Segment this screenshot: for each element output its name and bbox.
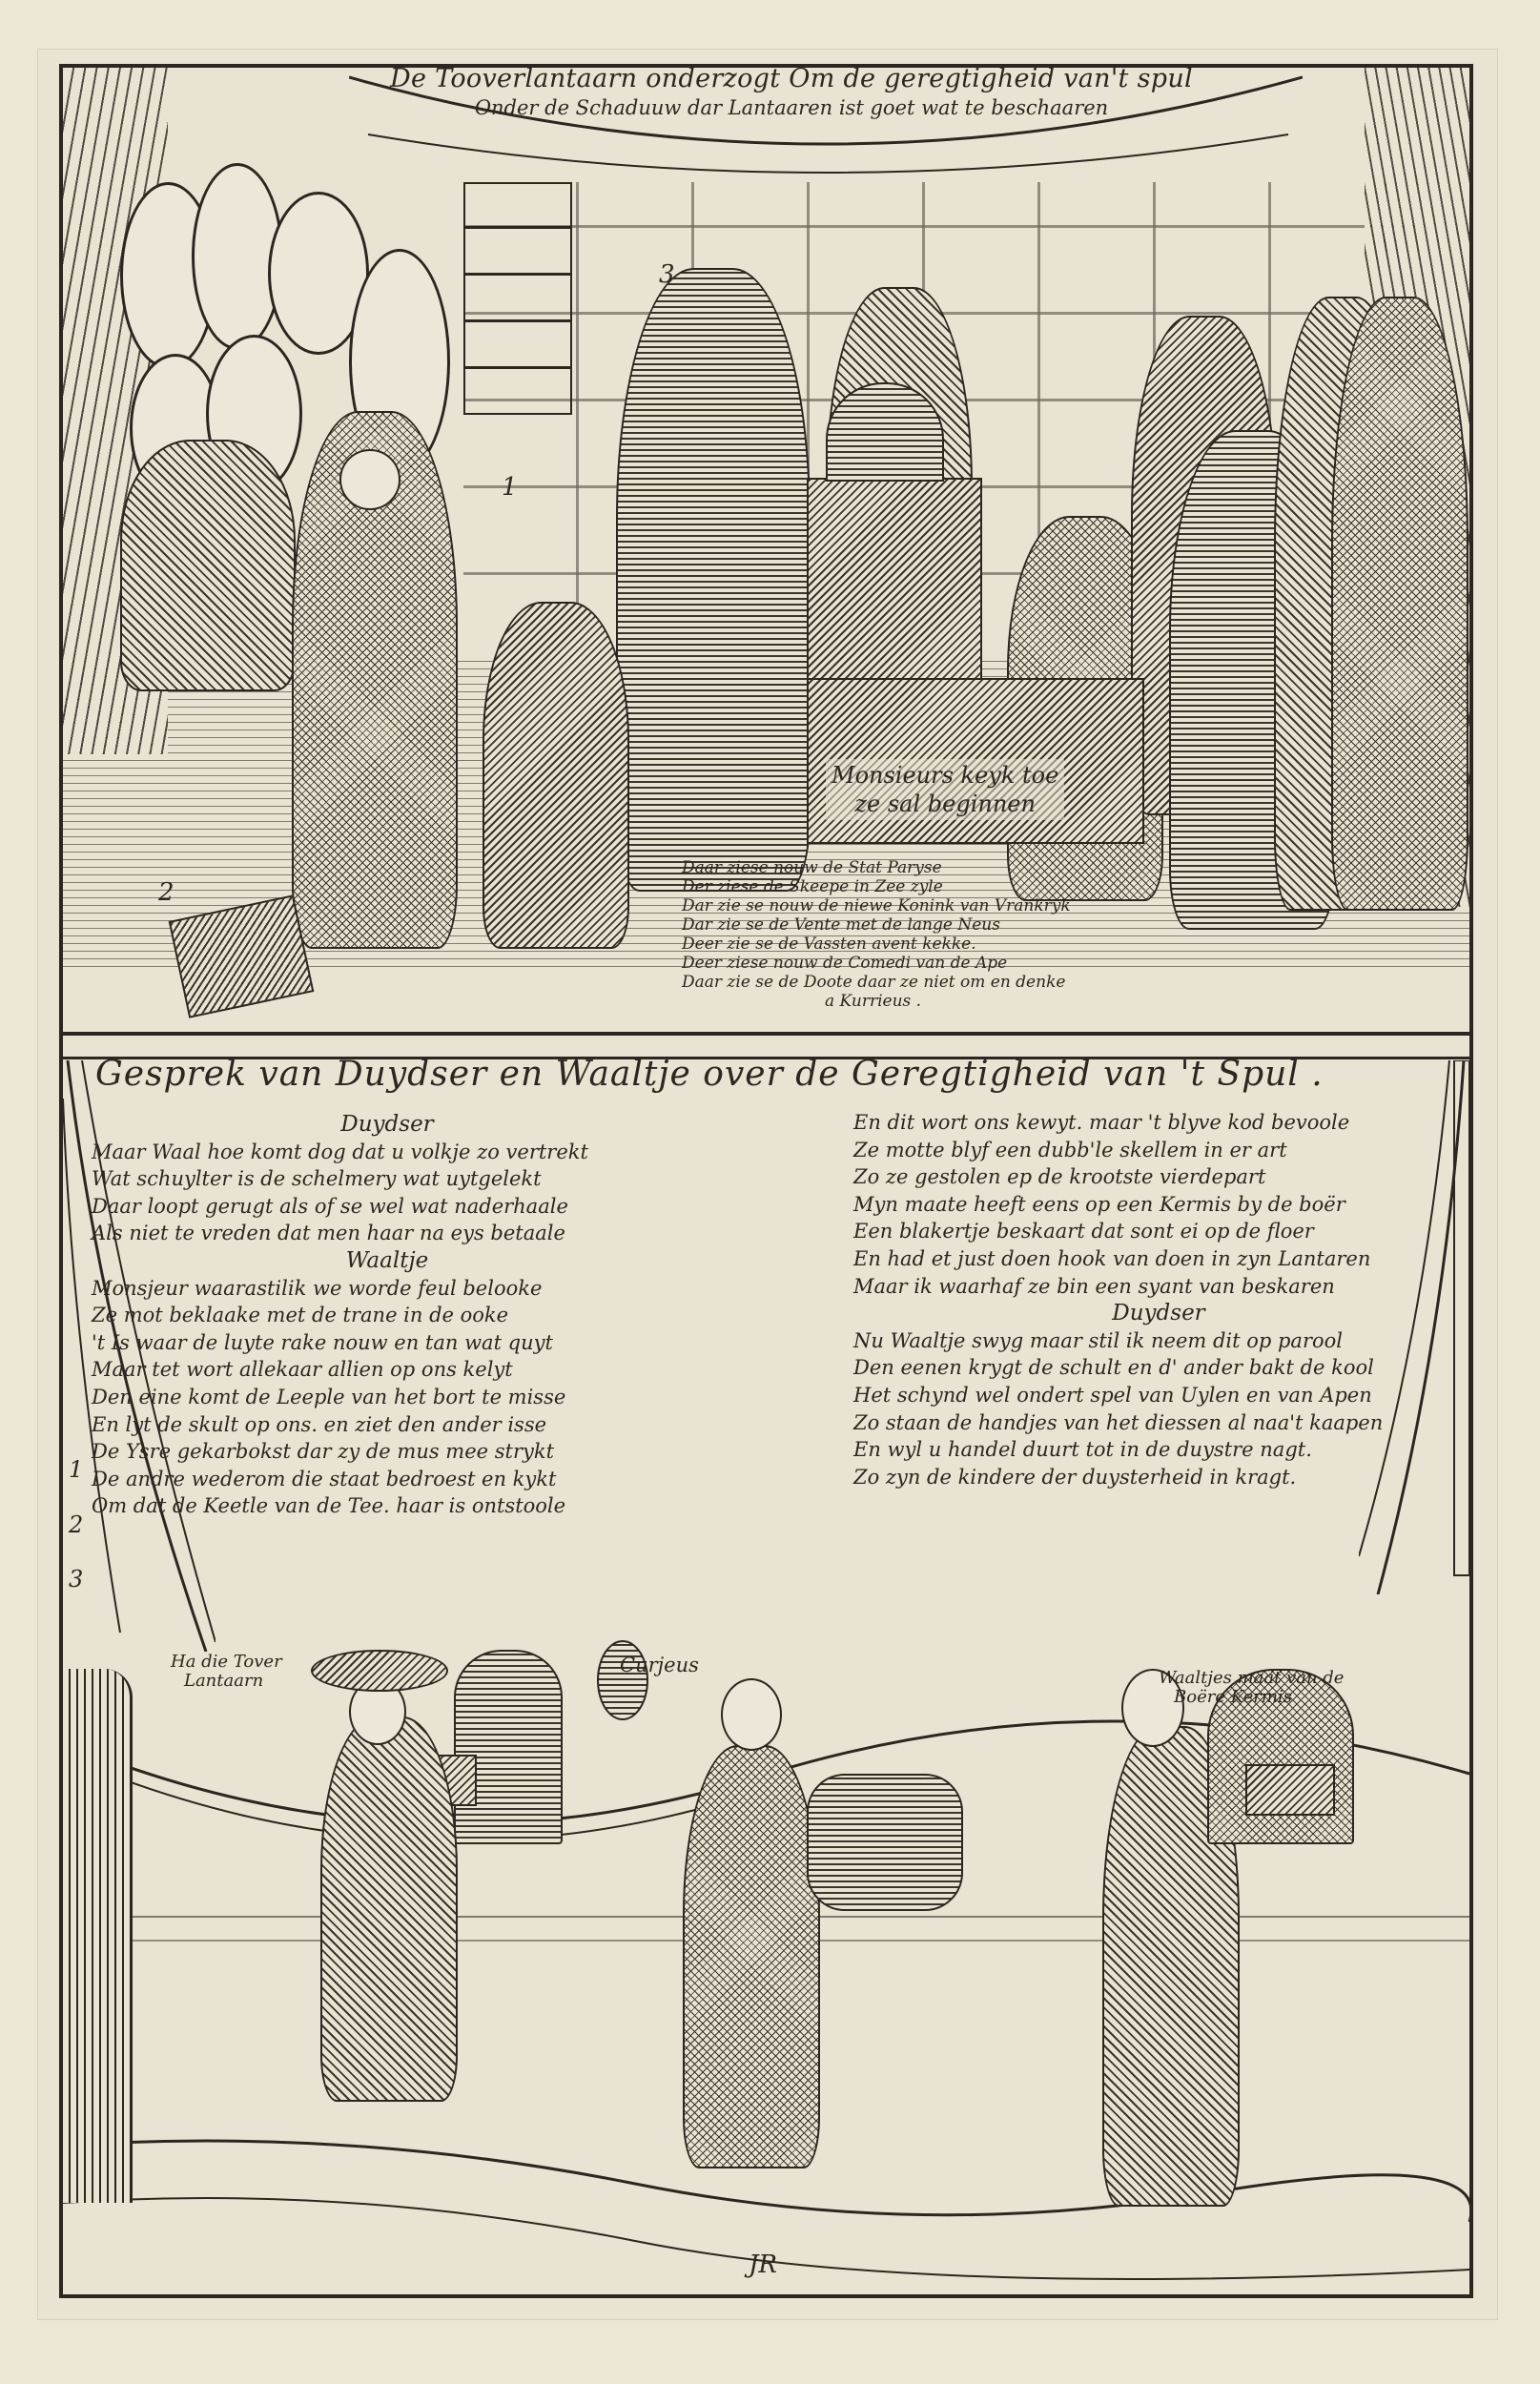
- verse-line: Zo staan de handjes van het diessen al n…: [853, 1409, 1464, 1437]
- verse-line: Nu Waaltje swyg maar stil ik neem dit op…: [853, 1327, 1464, 1355]
- verse-line: En wyl u handel duurt tot in de duystre …: [853, 1436, 1464, 1464]
- scene-title-line-1: De Tooverlantaarn onderzogt Om de geregt…: [324, 68, 1259, 93]
- verse-line: Myn maate heeft eens op een Kermis by de…: [853, 1191, 1464, 1219]
- box-caption-line: Monsieurs keyk toe: [832, 761, 1058, 790]
- margin-number-3: 3: [69, 1566, 83, 1593]
- verse-line: En had et just doen hook van doen in zyn…: [853, 1245, 1464, 1273]
- lantern-carriers-landscape: Ha die Tover Lantaarn Curjeus Waaltjes m…: [63, 1612, 1469, 2294]
- verse-line: De andre wederom die staat bedroest en k…: [92, 1466, 683, 1493]
- margin-number-1: 1: [69, 1456, 83, 1483]
- verse-line: Als niet te vreden dat men haar na eys b…: [92, 1220, 683, 1247]
- dialogue-left-column: Duydser Maar Waal hoe komt dog dat u vol…: [92, 1111, 683, 1520]
- figure-number-3: 3: [659, 260, 675, 289]
- magic-lantern-box: [807, 478, 982, 682]
- verse-line: Zo zyn de kindere der duysterheid in kra…: [853, 1464, 1464, 1491]
- lantern-on-back: [454, 1650, 563, 1844]
- seated-man-figure: [120, 440, 296, 691]
- curious-figure: [683, 1745, 820, 2168]
- cry-line: Daar ziese nouw de Stat Paryse: [682, 858, 1216, 877]
- left-carrier-figure: [320, 1716, 458, 2102]
- cry-line: Dar zie se de Vente met de lange Neus: [682, 915, 1216, 935]
- label-line: Waaltjes maat van de: [1159, 1669, 1344, 1688]
- verse-line: Ze mot beklaake met de trane in de ooke: [92, 1302, 683, 1329]
- curious-figure-head: [721, 1678, 782, 1751]
- verse-line: Een blakertje beskaart dat sont ei op de…: [853, 1218, 1464, 1245]
- figure-number-1: 1: [502, 473, 518, 502]
- speaker-duydser: Duydser: [853, 1300, 1464, 1327]
- figure-number-2: 2: [158, 878, 175, 907]
- verse-line: Den eenen krygt de schult en d' ander ba…: [853, 1354, 1464, 1382]
- cry-line: Deer ziese nouw de Comedi van de Ape: [682, 954, 1216, 973]
- cry-line: Daar zie se de Doote daar ze niet om en …: [682, 973, 1216, 992]
- tree-trunk: [63, 1669, 133, 2203]
- verse-line: Monsjeur waarastilik we worde feul beloo…: [92, 1275, 683, 1303]
- broad-hat: [311, 1650, 448, 1692]
- dialogue-right-column: En dit wort ons kewyt. maar 't blyve kod…: [853, 1109, 1464, 1490]
- kneeling-figure: [483, 602, 629, 949]
- lantern-chimney: [826, 382, 944, 482]
- man-in-broad-hat-figure: [1331, 297, 1468, 911]
- sack-on-back: [807, 1774, 963, 1911]
- label-line: Lantaarn: [171, 1672, 282, 1691]
- woman-with-kettle-figure: [616, 268, 811, 892]
- verse-line: Den eine komt de Leeple van het bort te …: [92, 1384, 683, 1411]
- dialogue-title: Gesprek van Duydser en Waaltje over de G…: [95, 1055, 1430, 1094]
- verse-line: Het schynd wel ondert spel van Uylen en …: [853, 1382, 1464, 1409]
- verse-line: De Ysre gekarbokst dar zy de mus mee str…: [92, 1438, 683, 1466]
- verse-line: Maar ik waarhaf ze bin een syant van bes…: [853, 1273, 1464, 1301]
- verse-line: Daar loopt gerugt als of se wel wat nade…: [92, 1193, 683, 1221]
- scene-title-line-2: Onder de Schaduuw dar Lantaaren ist goet…: [324, 96, 1259, 119]
- label-line: Ha die Tover: [171, 1653, 282, 1672]
- verse-line: Wat schuylter is de schelmery wat uytgel…: [92, 1165, 683, 1193]
- verse-line: Maar tet wort allekaar allien op ons kel…: [92, 1356, 683, 1384]
- verse-line: 't Is waar de luyte rake nouw en tan wat…: [92, 1329, 683, 1357]
- box-caption-line: ze sal beginnen: [832, 790, 1058, 818]
- engraver-monogram: JR: [749, 2250, 777, 2279]
- showman-cry-text: Daar ziese nouw de Stat Paryse Der ziese…: [682, 858, 1216, 1011]
- verse-line: Om dat de Keetle van de Tee. haar is ont…: [92, 1492, 683, 1520]
- speaker-waaltje: Waaltje: [92, 1247, 683, 1275]
- head: [339, 449, 400, 510]
- section-divider: [59, 1032, 1473, 1036]
- label-middle-figure: Curjeus: [620, 1655, 699, 1675]
- margin-number-2: 2: [69, 1511, 83, 1538]
- label-line: Boëre Kermis: [1159, 1688, 1344, 1707]
- verse-line: En dit wort ons kewyt. maar 't blyve kod…: [853, 1109, 1464, 1137]
- cry-line: a Kurrieus .: [682, 992, 1216, 1011]
- cry-line: Deer zie se de Vassten avent kekke.: [682, 935, 1216, 954]
- cry-line: Der ziese de Skeepe in Zee zyle: [682, 877, 1216, 896]
- pipe-smoke-icon: [597, 1640, 648, 1720]
- dish-shelf: [463, 182, 572, 415]
- lantern-lens-tube: [1245, 1764, 1335, 1816]
- verse-line: Zo ze gestolen ep de krootste vierdepart: [853, 1163, 1464, 1191]
- verse-line: En lyt de skult op ons. en ziet den ande…: [92, 1411, 683, 1439]
- lantern-box-caption: Monsieurs keyk toe ze sal beginnen: [826, 759, 1064, 820]
- verse-line: Ze motte blyf een dubb'le skellem in er …: [853, 1137, 1464, 1164]
- label-right-figure: Waaltjes maat van de Boëre Kermis: [1159, 1669, 1344, 1707]
- label-left-figure: Ha die Tover Lantaarn: [171, 1653, 282, 1691]
- cry-line: Dar zie se nouw de niewe Konink van Vran…: [682, 896, 1216, 915]
- verse-line: Maar Waal hoe komt dog dat u volkje zo v…: [92, 1139, 683, 1166]
- speaker-duydser: Duydser: [92, 1111, 683, 1139]
